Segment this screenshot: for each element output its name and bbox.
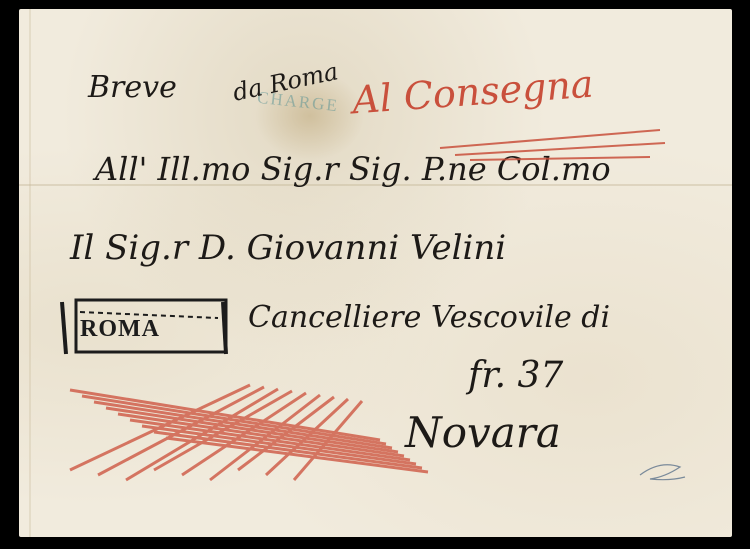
red-crosshatch (0, 0, 750, 549)
pencil-mark (640, 465, 685, 480)
